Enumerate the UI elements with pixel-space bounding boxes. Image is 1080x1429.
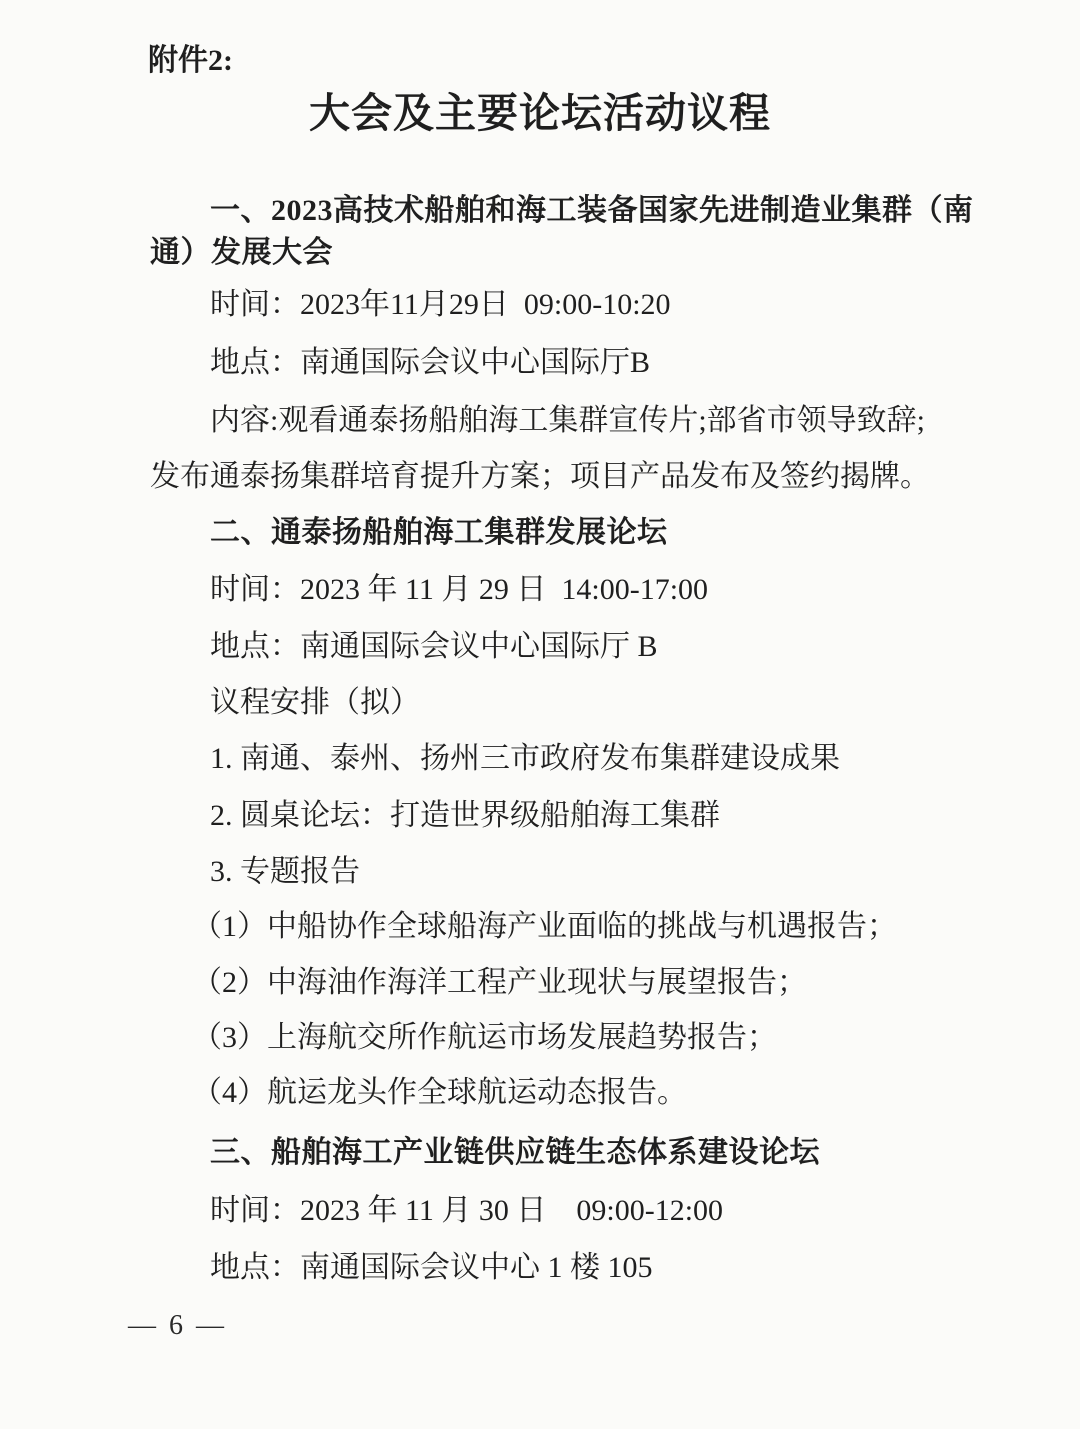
- attachment-label: 附件2:: [148, 42, 233, 80]
- section2-agenda-label: 议程安排（拟）: [210, 684, 420, 722]
- section1-content-line2: 发布通泰扬集群培育提升方案；项目产品发布及签约揭牌。: [150, 458, 930, 496]
- section1-content-line1: 内容:观看通泰扬船舶海工集群宣传片;部省市领导致辞;: [210, 402, 925, 440]
- scanned-document-page: 附件2: 大会及主要论坛活动议程 一、2023高技术船舶和海工装备国家先进制造业…: [0, 0, 1080, 1429]
- section1-time: 时间：2023年11月29日 09:00-10:20: [210, 286, 671, 324]
- report-item: （2）中海油作海洋工程产业现状与展望报告；: [192, 964, 807, 1002]
- section2-heading: 二、通泰扬船舶海工集群发展论坛: [210, 514, 668, 552]
- section1-location: 地点：南通国际会议中心国际厅B: [210, 344, 650, 382]
- document-title: 大会及主要论坛活动议程: [0, 88, 1080, 139]
- report-item: （4）航运龙头作全球航运动态报告。: [192, 1074, 687, 1112]
- section1-heading-line2: 通）发展大会: [150, 234, 333, 272]
- agenda-item: 3. 专题报告: [210, 853, 360, 891]
- section3-heading: 三、船舶海工产业链供应链生态体系建设论坛: [210, 1134, 820, 1172]
- report-item: （1）中船协作全球船海产业面临的挑战与机遇报告；: [192, 908, 897, 946]
- section3-time: 时间：2023 年 11 月 30 日 09:00-12:00: [210, 1192, 723, 1230]
- report-item: （3）上海航交所作航运市场发展趋势报告；: [192, 1019, 777, 1057]
- page-number: — 6 —: [128, 1308, 227, 1343]
- section3-location: 地点：南通国际会议中心 1 楼 105: [210, 1249, 653, 1287]
- section2-location: 地点：南通国际会议中心国际厅 B: [210, 628, 658, 666]
- section2-time: 时间：2023 年 11 月 29 日 14:00-17:00: [210, 571, 708, 609]
- agenda-item: 2. 圆桌论坛：打造世界级船舶海工集群: [210, 797, 720, 835]
- section1-heading-line1: 一、2023高技术船舶和海工装备国家先进制造业集群（南: [210, 192, 974, 230]
- agenda-item: 1. 南通、泰州、扬州三市政府发布集群建设成果: [210, 740, 840, 778]
